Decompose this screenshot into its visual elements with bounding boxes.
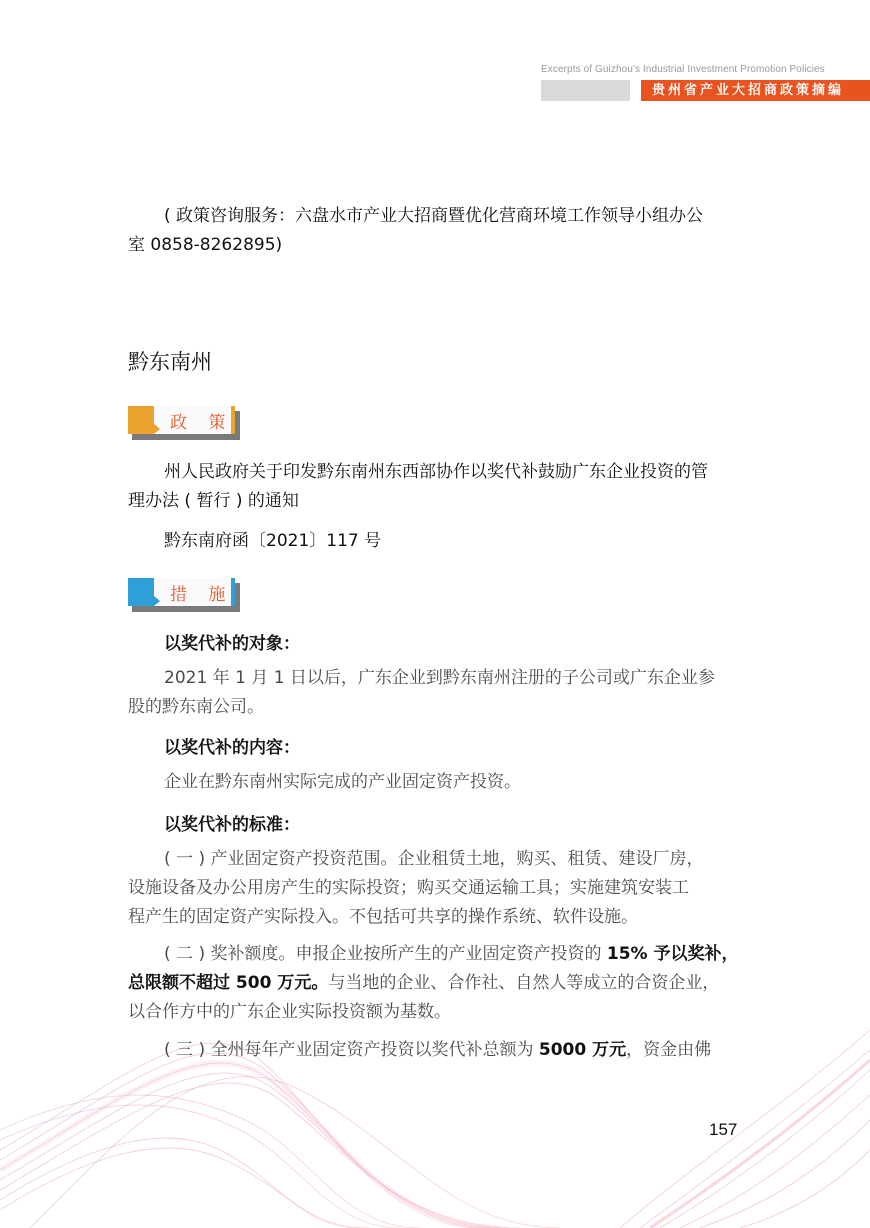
page-number: 157	[709, 1120, 737, 1140]
measures-tag-label: 措 施	[170, 580, 233, 605]
document-title-line-2: 理办法 ( 暂行 ) 的通知	[128, 487, 299, 516]
item1-line-2: 设施设备及办公用房产生的实际投资；购买交通运输工具；实施建筑安装工	[128, 874, 689, 903]
standard-heading: 以奖代补的标准：	[164, 811, 300, 840]
content-line-1: 企业在黔东南州实际完成的产业固定资产投资。	[164, 768, 521, 797]
policy-tag-label: 政 策	[170, 408, 233, 433]
section-title: 黔东南州	[128, 346, 212, 376]
item3-total-highlight: 5000 万元	[539, 1040, 626, 1060]
contact-line-1: ( 政策咨询服务：六盘水市产业大招商暨优化营商环境工作领导小组办公	[164, 202, 703, 231]
object-heading: 以奖代补的对象：	[164, 630, 300, 659]
item2-line-1-text: ( 二 ) 奖补额度。申报企业按所产生的产业固定资产投资的	[164, 944, 607, 964]
header-english-title: Excerpts of Guizhou's Industrial Investm…	[541, 64, 841, 75]
contact-line-2: 室 0858-8262895)	[128, 231, 282, 260]
tag-left-block	[128, 578, 154, 606]
item3-line-1-tail: ，资金由佛	[626, 1040, 711, 1060]
item3-line-1-text: ( 三 ) 全州每年产业固定资产投资以奖代补总额为	[164, 1040, 539, 1060]
item1-line-3: 程产生的固定资产实际投入。不包括可共享的操作系统、软件设施。	[128, 903, 638, 932]
header-grey-bar	[541, 80, 630, 101]
item1-line-1: ( 一 ) 产业固定资产投资范围。企业租赁土地，购买、租赁、建设厂房，	[164, 845, 703, 874]
document-number: 黔东南府函〔2021〕117 号	[164, 527, 381, 556]
policy-tag: 政 策	[128, 406, 238, 438]
item2-line-2: 总限额不超过 500 万元。与当地的企业、合作社、自然人等成立的合资企业，	[128, 969, 719, 998]
object-line-1: 2021 年 1 月 1 日以后，广东企业到黔东南州注册的子公司或广东企业参	[164, 664, 715, 693]
item2-rate-highlight: 15% 予以奖补，	[607, 944, 739, 964]
object-line-2: 股的黔东南公司。	[128, 693, 264, 722]
header-chinese-title: 贵州省产业大招商政策摘编	[641, 80, 870, 101]
item2-limit-highlight: 总限额不超过 500 万元。	[128, 973, 328, 993]
measures-tag: 措 施	[128, 578, 238, 610]
item2-line-2-text: 与当地的企业、合作社、自然人等成立的合资企业，	[328, 973, 719, 993]
content-heading: 以奖代补的内容：	[164, 734, 300, 763]
tag-left-block	[128, 406, 154, 434]
item2-line-3: 以合作方中的广东企业实际投资额为基数。	[128, 998, 451, 1027]
document-title-line-1: 州人民政府关于印发黔东南州东西部协作以奖代补鼓励广东企业投资的管	[164, 458, 708, 487]
item2-line-1: ( 二 ) 奖补额度。申报企业按所产生的产业固定资产投资的 15% 予以奖补，	[164, 940, 739, 969]
item3-line-1: ( 三 ) 全州每年产业固定资产投资以奖代补总额为 5000 万元，资金由佛	[164, 1036, 711, 1065]
